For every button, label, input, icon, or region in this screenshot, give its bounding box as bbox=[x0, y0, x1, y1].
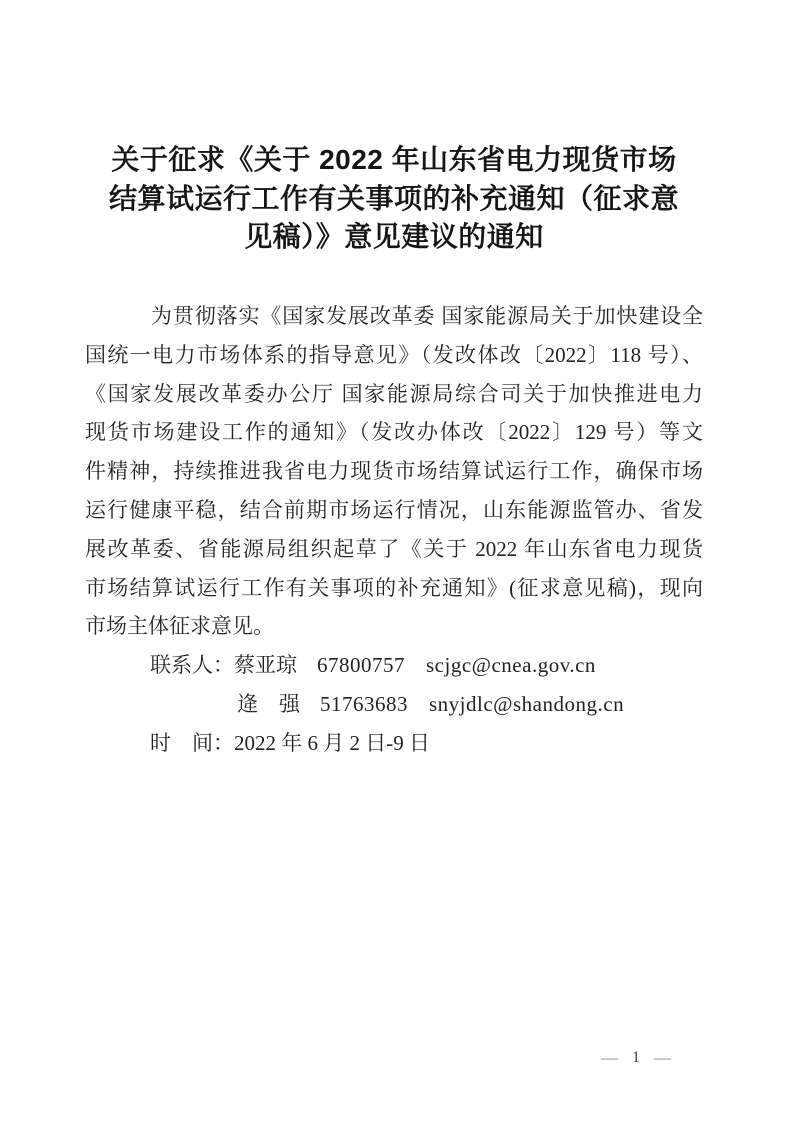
contact-phone: 67800757 bbox=[317, 646, 405, 685]
body-line: 运行健康平稳，结合前期市场运行情况，山东能源监管办、省发 bbox=[85, 491, 703, 530]
footer-right-dash: — bbox=[654, 1046, 671, 1070]
body-line: 国统一电力市场体系的指导意见》（发改体改〔2022〕118 号）、 bbox=[85, 336, 703, 375]
contact-row-1: 联系人：蔡亚琼67800757scjgc@cnea.gov.cn bbox=[85, 646, 703, 685]
body-line: 市场主体征求意见。 bbox=[85, 607, 703, 646]
body-line: 《国家发展改革委办公厅 国家能源局综合司关于加快推进电力 bbox=[85, 375, 703, 414]
page-number-footer: — 1 — bbox=[601, 1046, 671, 1070]
document-title: 关于征求《关于 2022 年山东省电力现货市场 结算试运行工作有关事项的补充通知… bbox=[85, 141, 703, 257]
body-line: 为贯彻落实《国家发展改革委 国家能源局关于加快建设全 bbox=[85, 297, 703, 336]
contact-row-2: 逄 强51763683snyjdlc@shandong.cn bbox=[85, 685, 703, 724]
contact-name: 逄 强 bbox=[237, 685, 301, 724]
contact-email: snyjdlc@shandong.cn bbox=[429, 685, 624, 724]
title-line-1: 关于征求《关于 2022 年山东省电力现货市场 bbox=[85, 141, 703, 180]
footer-left-dash: — bbox=[601, 1046, 618, 1070]
title-line-3: 见稿）》意见建议的通知 bbox=[85, 218, 703, 257]
body-line: 展改革委、省能源局组织起草了《关于 2022 年山东省电力现货 bbox=[85, 530, 703, 569]
contact-phone: 51763683 bbox=[320, 685, 408, 724]
contact-row-3: 时 间：2022 年 6 月 2 日-9 日 bbox=[85, 724, 703, 763]
contact-name: 蔡亚琼 bbox=[234, 646, 298, 685]
contact-email: scjgc@cnea.gov.cn bbox=[426, 646, 596, 685]
page-number: 1 bbox=[628, 1046, 644, 1070]
body-line: 件精神，持续推进我省电力现货市场结算试运行工作，确保市场 bbox=[85, 452, 703, 491]
contact-label: 联系人： bbox=[150, 646, 234, 685]
body-line: 现货市场建设工作的通知》（发改办体改〔2022〕129 号）等文 bbox=[85, 413, 703, 452]
time-value: 2022 年 6 月 2 日-9 日 bbox=[234, 724, 430, 763]
document-body: 为贯彻落实《国家发展改革委 国家能源局关于加快建设全 国统一电力市场体系的指导意… bbox=[85, 297, 703, 763]
body-line: 市场结算试运行工作有关事项的补充通知》(征求意见稿)，现向 bbox=[85, 569, 703, 608]
title-line-2: 结算试运行工作有关事项的补充通知（征求意 bbox=[85, 180, 703, 219]
time-label: 时 间： bbox=[150, 724, 234, 763]
document-page: 关于征求《关于 2022 年山东省电力现货市场 结算试运行工作有关事项的补充通知… bbox=[0, 0, 800, 1131]
